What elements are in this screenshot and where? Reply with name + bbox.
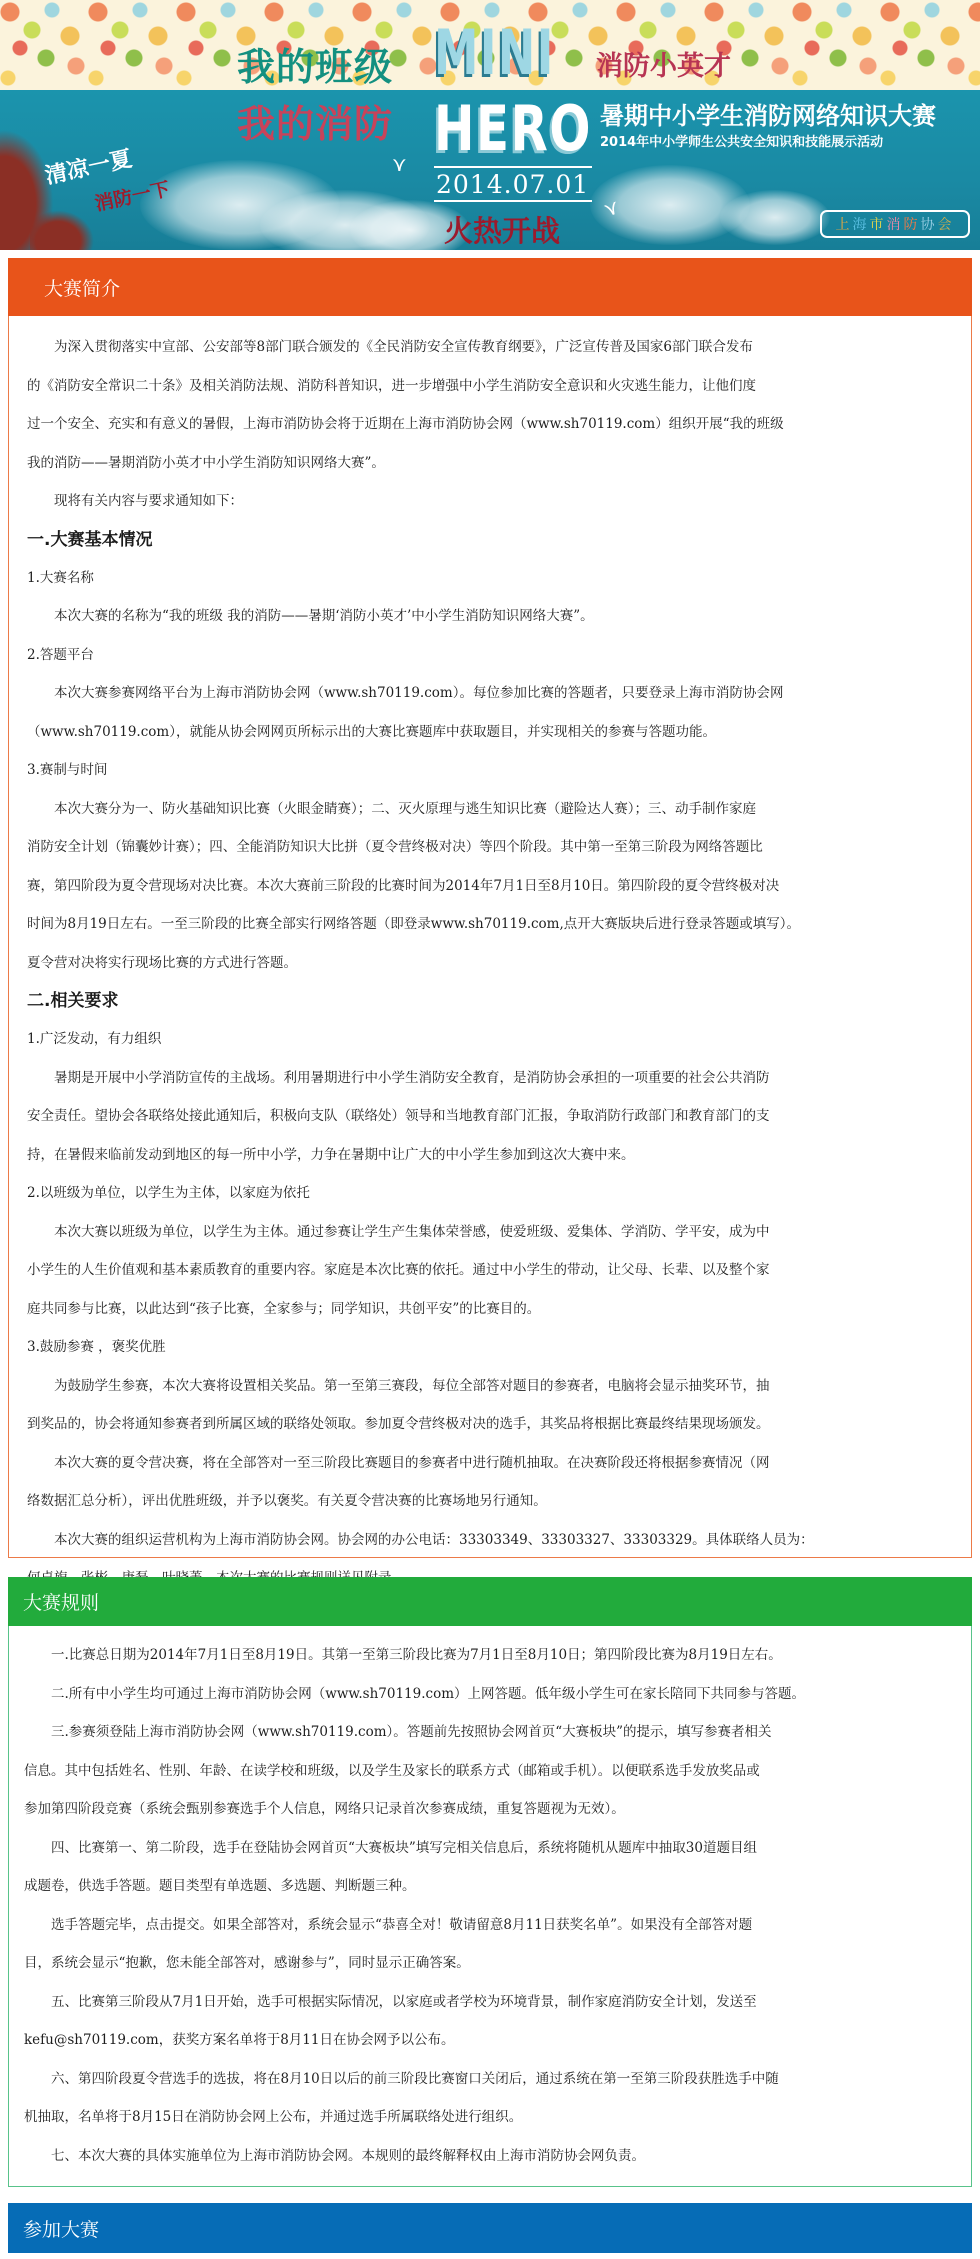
rule-line: 目，系统会显示“抱歉，您未能全部答对，感谢参与”，同时显示正确答案。 [24, 1944, 971, 1983]
intro-paragraph-line: 为深入贯彻落实中宣部、公安部等8部门联合颁发的《全民消防安全宣传教育纲要》，广泛… [27, 328, 971, 367]
rules-section: 大赛规则 一.比赛总日期为2014年7月1日至8月19日。其第一至第三阶段比赛为… [8, 1577, 972, 2187]
badge-char: 防 [904, 214, 921, 234]
part2-heading: 二.相关要求 [27, 982, 971, 1020]
rules-section-title: 大赛规则 [23, 1588, 99, 1615]
banner-talent-text: 消防小英才 [596, 44, 731, 83]
rule-line: kefu@sh70119.com，获奖方案名单将于8月11日在协会网予以公布。 [24, 2021, 971, 2060]
date-rule-bottom [434, 200, 592, 202]
part2-item2-line: 本次大赛以班级为单位，以学生为主体。通过参赛让学生产生集体荣誉感，使爱班级、爱集… [27, 1213, 971, 1252]
part1-item1-line: 本次大赛的名称为“我的班级 我的消防——暑期‘消防小英才’中小学生消防知识网络大… [27, 597, 971, 636]
banner-mini-logo: MINI [434, 16, 555, 89]
rule-line: 选手答题完毕，点击提交。如果全部答对，系统会显示“恭喜全对！敬请留意8月11日获… [24, 1906, 971, 1945]
badge-char: 协 [921, 214, 938, 234]
part2-item2-line: 小学生的人生价值观和基本素质教育的重要内容。家庭是本次比赛的依托。通过中小学生的… [27, 1251, 971, 1290]
part2-contact-line: 本次大赛的组织运营机构为上海市消防协会网。协会网的办公电话：33303349、3… [27, 1521, 971, 1560]
part1-item3-line: 本次大赛分为一、防火基础知识比赛（火眼金睛赛）；二、灭火原理与逃生知识比赛（避险… [27, 790, 971, 829]
part1-item3-line: 夏令营对决将实行现场比赛的方式进行答题。 [27, 944, 971, 983]
part2-item2-title: 2.以班级为单位，以学生为主体，以家庭为依托 [27, 1174, 971, 1213]
rules-section-header: 大赛规则 [8, 1577, 972, 1626]
rule-line: 五、比赛第三阶段从7月1日开始，选手可根据实际情况，以家庭或者学校为环境背景，制… [24, 1983, 971, 2022]
banner-main-title: 暑期中小学生消防网络知识大赛 [600, 96, 936, 131]
part1-item3-line: 时间为8月19日左右。一至三阶段的比赛全部实行网络答题（即登录www.sh701… [27, 905, 971, 944]
flame-ornament [30, 205, 100, 250]
part1-item2-line: 本次大赛参赛网络平台为上海市消防协会网（www.sh70119.com）。每位参… [27, 674, 971, 713]
part1-item2-title: 2.答题平台 [27, 636, 971, 675]
part1-item2-line: （www.sh70119.com），就能从协会网网页所标示出的大赛比赛题库中获取… [27, 713, 971, 752]
join-section: 参加大赛 [8, 2203, 972, 2259]
rule-line: 机抽取，名单将于8月15日在消防协会网上公布，并通过选手所属联络处进行组织。 [24, 2098, 971, 2137]
intro-paragraph-line: 过一个安全、充实和有意义的暑假，上海市消防协会将于近期在上海市消防协会网（www… [27, 405, 971, 444]
rule-line: 三.参赛须登陆上海市消防协会网（www.sh70119.com）。答题前先按照协… [24, 1713, 971, 1752]
part2-item3-line: 络数据汇总分析），评出优胜班级，并予以褒奖。有关夏令营决赛的比赛场地另行通知。 [27, 1482, 971, 1521]
rule-line: 成题卷，供选手答题。题目类型有单选题、多选题、判断题三种。 [24, 1867, 971, 1906]
badge-char: 市 [870, 214, 887, 234]
part1-item3-line: 赛，第四阶段为夏令营现场对决比赛。本次大赛前三阶段的比赛时间为2014年7月1日… [27, 867, 971, 906]
rule-line: 六、第四阶段夏令营选手的选拔，将在8月10日以后的前三阶段比赛窗口关闭后，通过系… [24, 2060, 971, 2099]
bird-icon: ⋎ [392, 152, 407, 176]
part2-item1-line: 暑期是开展中小学消防宣传的主战场。利用暑期进行中小学生消防安全教育，是消防协会承… [27, 1059, 971, 1098]
rule-line: 二.所有中小学生均可通过上海市消防协会网（www.sh70119.com）上网答… [24, 1675, 971, 1714]
part1-item1-title: 1.大赛名称 [27, 559, 971, 598]
rule-line: 七、本次大赛的具体实施单位为上海市消防协会网。本规则的最终解释权由上海市消防协会… [24, 2137, 971, 2176]
banner-my-class-text: 我的班级 [237, 36, 393, 91]
part2-item3-line: 到奖品的，协会将通知参赛者到所属区域的联络处领取。参加夏令营终极对决的选手，其奖… [27, 1405, 971, 1444]
part2-item3-line: 本次大赛的夏令营决赛，将在全部答对一至三阶段比赛题目的参赛者中进行随机抽取。在决… [27, 1444, 971, 1483]
banner-hot-battle-text: 火热开战 [444, 209, 560, 250]
banner-subtitle: 2014年中小学师生公共安全知识和技能展示活动 [600, 131, 883, 150]
part2-item1-line: 持，在暑假来临前发动到地区的每一所中小学，力争在暑期中让广大的中小学生参加到这次… [27, 1136, 971, 1175]
rule-line: 四、比赛第一、第二阶段，选手在登陆协会网首页“大赛板块”填写完相关信息后，系统将… [24, 1829, 971, 1868]
intro-section-header: 大赛简介 [8, 258, 972, 316]
banner-date: 2014.07.01 [436, 170, 589, 199]
part1-item3-title: 3.赛制与时间 [27, 751, 971, 790]
intro-section-title: 大赛简介 [44, 274, 120, 301]
part2-item3-title: 3.鼓励参赛 ，褒奖优胜 [27, 1328, 971, 1367]
part2-item3-line: 为鼓励学生参赛，本次大赛将设置相关奖品。第一至第三赛段，每位全部答对题目的参赛者… [27, 1367, 971, 1406]
banner-my-fire-text: 我的消防 [237, 93, 393, 148]
rule-line: 信息。其中包括姓名、性别、年龄、在读学校和班级，以及学生及家长的联系方式（邮箱或… [24, 1752, 971, 1791]
intro-paragraph-line: 我的消防——暑期消防小英才中小学生消防知识网络大赛”。 [27, 444, 971, 483]
shanghai-fire-association-badge: 上 海 市 消 防 协 会 [820, 210, 970, 238]
rule-line: 一.比赛总日期为2014年7月1日至8月19日。其第一至第三阶段比赛为7月1日至… [24, 1636, 971, 1675]
badge-char: 海 [853, 214, 870, 234]
part1-heading: 一.大赛基本情况 [27, 521, 971, 559]
intro-section-body: 为深入贯彻落实中宣部、公安部等8部门联合颁发的《全民消防安全宣传教育纲要》，广泛… [9, 316, 971, 1598]
intro-section: 大赛简介 为深入贯彻落实中宣部、公安部等8部门联合颁发的《全民消防安全宣传教育纲… [8, 258, 972, 1558]
intro-paragraph-line: 的《消防安全常识二十条》及相关消防法规、消防科普知识，进一步增强中小学生消防安全… [27, 367, 971, 406]
intro-notice-line: 现将有关内容与要求通知如下： [27, 482, 971, 521]
rules-section-body: 一.比赛总日期为2014年7月1日至8月19日。其第一至第三阶段比赛为7月1日至… [9, 1626, 971, 2175]
badge-char: 消 [887, 214, 904, 234]
hero-banner: 我的班级 我的消防 MINI HERO 2014.07.01 火热开战 消防小英… [0, 0, 980, 250]
banner-hero-logo: HERO [434, 92, 592, 165]
date-rule-top [434, 166, 592, 168]
badge-char: 上 [836, 214, 853, 234]
cloud-graphic [720, 190, 830, 245]
part2-item2-line: 庭共同参与比赛，以此达到“孩子比赛，全家参与；同学知识，共创平安”的比赛目的。 [27, 1290, 971, 1329]
join-section-title: 参加大赛 [23, 2215, 99, 2242]
join-section-header[interactable]: 参加大赛 [8, 2203, 972, 2253]
rule-line: 参加第四阶段竞赛（系统会甄别参赛选手个人信息，网络只记录首次参赛成绩，重复答题视… [24, 1790, 971, 1829]
part1-item3-line: 消防安全计划（锦囊妙计赛）；四、全能消防知识大比拼（夏令营终极对决）等四个阶段。… [27, 828, 971, 867]
part2-item1-title: 1.广泛发动，有力组织 [27, 1020, 971, 1059]
badge-char: 会 [938, 214, 955, 234]
part2-item1-line: 安全责任。望协会各联络处接此通知后，积极向支队（联络处）领导和当地教育部门汇报，… [27, 1097, 971, 1136]
